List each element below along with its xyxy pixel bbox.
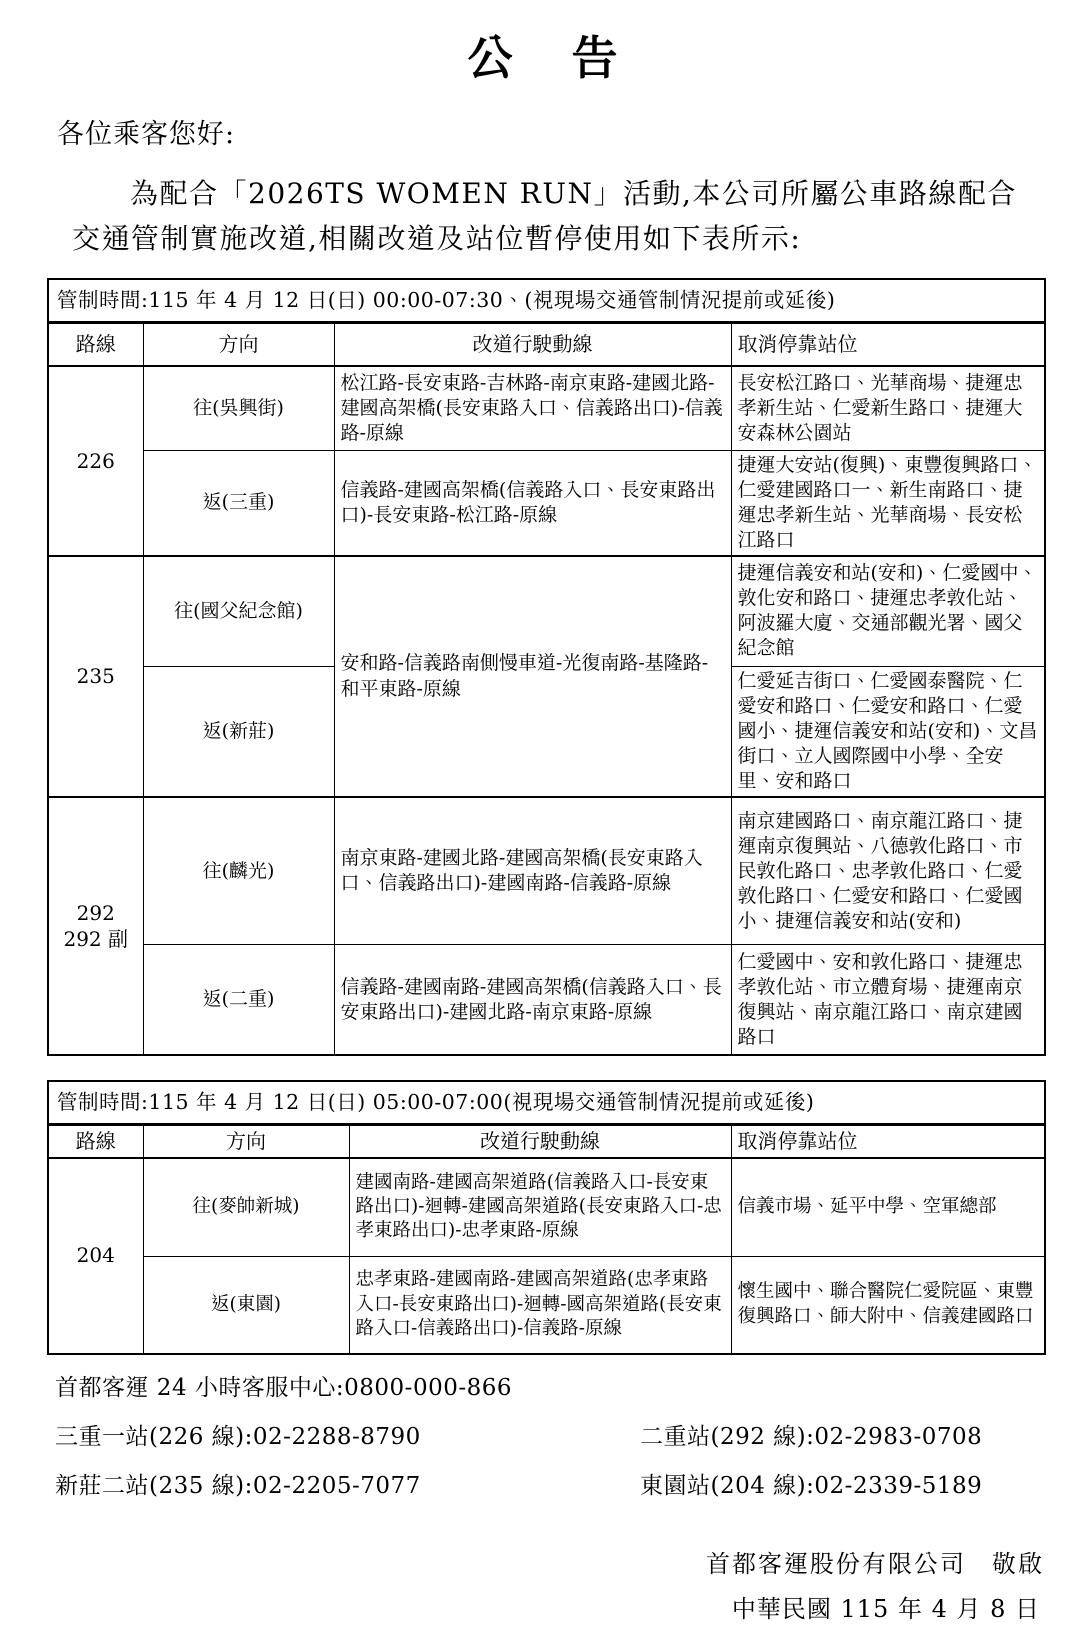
header-stops: 取消停靠站位 bbox=[731, 322, 1045, 366]
header-direction: 方向 bbox=[143, 1125, 349, 1158]
direction-cell: 往(麟光) bbox=[143, 797, 334, 945]
table-row: 226 往(吳興街) 松江路-長安東路-吉林路-南京東路-建國北路-建國高架橋(… bbox=[48, 366, 1045, 450]
signature-line: 首都客運股份有限公司 敬啟 bbox=[55, 1544, 1044, 1579]
path-cell: 南京東路-建國北路-建國高架橋(長安東路入口、信義路出口)-建國南路-信義路-原… bbox=[334, 797, 731, 945]
document-date: 中華民國 115 年 4 月 8 日 bbox=[55, 1589, 1044, 1624]
path-cell: 松江路-長安東路-吉林路-南京東路-建國北路-建國高架橋(長安東路入口、信義路出… bbox=[334, 366, 731, 450]
path-cell: 安和路-信義路南側慢車道-光復南路-基隆路-和平東路-原線 bbox=[334, 556, 731, 797]
stops-cell: 捷運大安站(復興)、東豐復興路口、仁愛建國路口一、新生南路口、捷運忠孝新生站、光… bbox=[731, 450, 1045, 556]
page-title: 公 告 bbox=[47, 22, 1044, 88]
path-cell: 建國南路-建國高架道路(信義路入口-長安東路出口)-迴轉-建國高架道路(長安東路… bbox=[349, 1158, 731, 1257]
direction-cell: 往(吳興街) bbox=[143, 366, 334, 450]
table-row: 返(二重) 信義路-建國南路-建國高架橋(信義路入口、長安東路出口)-建國北路-… bbox=[48, 945, 1045, 1055]
header-stops: 取消停靠站位 bbox=[731, 1125, 1045, 1158]
contact-erchong: 二重站(292 線):02-2983-0708 bbox=[640, 1418, 1044, 1451]
direction-cell: 返(二重) bbox=[143, 945, 334, 1055]
detour-table-2: 管制時間:115 年 4 月 12 日(日) 05:00-07:00(視現場交通… bbox=[47, 1080, 1046, 1355]
direction-cell: 往(國父紀念館) bbox=[143, 556, 334, 666]
header-row: 路線 方向 改道行駛動線 取消停靠站位 bbox=[48, 322, 1045, 366]
announcement-page: 公 告 各位乘客您好: 為配合「2026TS WOMEN RUN」活動,本公司所… bbox=[0, 0, 1089, 1644]
direction-cell: 返(新莊) bbox=[143, 666, 334, 797]
route-cell: 226 bbox=[48, 366, 143, 556]
direction-cell: 返(三重) bbox=[143, 450, 334, 556]
path-cell: 信義路-建國高架橋(信義路入口、長安東路出口)-長安東路-松江路-原線 bbox=[334, 450, 731, 556]
intro-paragraph: 為配合「2026TS WOMEN RUN」活動,本公司所屬公車路線配合交通管制實… bbox=[72, 171, 1044, 262]
header-route: 路線 bbox=[48, 1125, 143, 1158]
control-time-row: 管制時間:115 年 4 月 12 日(日) 00:00-07:30、(視現場交… bbox=[48, 279, 1045, 323]
stops-cell: 仁愛國中、安和敦化路口、捷運忠孝敦化站、市立體育場、捷運南京復興站、南京龍江路口… bbox=[731, 945, 1045, 1055]
table-row: 返(東園) 忠孝東路-建國南路-建國高架道路(忠孝東路入口-長安東路出口)-迴轉… bbox=[48, 1257, 1045, 1354]
footer: 首都客運 24 小時客服中心:0800-000-866 三重一站(226 線):… bbox=[55, 1369, 1044, 1624]
header-path: 改道行駛動線 bbox=[349, 1125, 731, 1158]
table-row: 292 292 副 往(麟光) 南京東路-建國北路-建國高架橋(長安東路入口、信… bbox=[48, 797, 1045, 945]
detour-table-1: 管制時間:115 年 4 月 12 日(日) 00:00-07:30、(視現場交… bbox=[47, 278, 1046, 1056]
stops-cell: 仁愛延吉街口、仁愛國泰醫院、仁愛安和路口、仁愛安和路口、仁愛國小、捷運信義安和站… bbox=[731, 666, 1045, 797]
header-direction: 方向 bbox=[143, 322, 334, 366]
stops-cell: 捷運信義安和站(安和)、仁愛國中、敦化安和路口、捷運忠孝敦化站、阿波羅大廈、交通… bbox=[731, 556, 1045, 666]
service-center-line: 首都客運 24 小時客服中心:0800-000-866 bbox=[55, 1369, 1044, 1402]
control-time-text: 管制時間:115 年 4 月 12 日(日) 00:00-07:30、(視現場交… bbox=[48, 279, 1045, 323]
route-cell: 235 bbox=[48, 556, 143, 797]
path-cell: 忠孝東路-建國南路-建國高架道路(忠孝東路入口-長安東路出口)-迴轉-國高架道路… bbox=[349, 1257, 731, 1354]
stops-cell: 長安松江路口、光華商場、捷運忠孝新生站、仁愛新生路口、捷運大安森林公園站 bbox=[731, 366, 1045, 450]
route-cell: 292 292 副 bbox=[48, 797, 143, 1055]
path-cell: 信義路-建國南路-建國高架橋(信義路入口、長安東路出口)-建國北路-南京東路-原… bbox=[334, 945, 731, 1055]
contact-row: 三重一站(226 線):02-2288-8790 二重站(292 線):02-2… bbox=[55, 1418, 1044, 1451]
direction-cell: 返(東園) bbox=[143, 1257, 349, 1354]
route-cell: 204 bbox=[48, 1158, 143, 1354]
control-time-row: 管制時間:115 年 4 月 12 日(日) 05:00-07:00(視現場交通… bbox=[48, 1081, 1045, 1125]
table-row: 235 往(國父紀念館) 安和路-信義路南側慢車道-光復南路-基隆路-和平東路-… bbox=[48, 556, 1045, 666]
header-row: 路線 方向 改道行駛動線 取消停靠站位 bbox=[48, 1125, 1045, 1158]
direction-cell: 往(麥帥新城) bbox=[143, 1158, 349, 1257]
table-row: 204 往(麥帥新城) 建國南路-建國高架道路(信義路入口-長安東路出口)-迴轉… bbox=[48, 1158, 1045, 1257]
stops-cell: 懷生國中、聯合醫院仁愛院區、東豐復興路口、師大附中、信義建國路口 bbox=[731, 1257, 1045, 1354]
contact-dongyuan: 東園站(204 線):02-2339-5189 bbox=[640, 1467, 1044, 1500]
table-row: 返(三重) 信義路-建國高架橋(信義路入口、長安東路出口)-長安東路-松江路-原… bbox=[48, 450, 1045, 556]
greeting-line: 各位乘客您好: bbox=[57, 112, 1044, 151]
stops-cell: 南京建國路口、南京龍江路口、捷運南京復興站、八德敦化路口、市民敦化路口、忠孝敦化… bbox=[731, 797, 1045, 945]
header-path: 改道行駛動線 bbox=[334, 322, 731, 366]
control-time-text: 管制時間:115 年 4 月 12 日(日) 05:00-07:00(視現場交通… bbox=[48, 1081, 1045, 1125]
contact-xinzhuang: 新莊二站(235 線):02-2205-7077 bbox=[55, 1467, 640, 1500]
contact-row: 新莊二站(235 線):02-2205-7077 東園站(204 線):02-2… bbox=[55, 1467, 1044, 1500]
contact-sanchong: 三重一站(226 線):02-2288-8790 bbox=[55, 1418, 640, 1451]
header-route: 路線 bbox=[48, 322, 143, 366]
stops-cell: 信義市場、延平中學、空軍總部 bbox=[731, 1158, 1045, 1257]
